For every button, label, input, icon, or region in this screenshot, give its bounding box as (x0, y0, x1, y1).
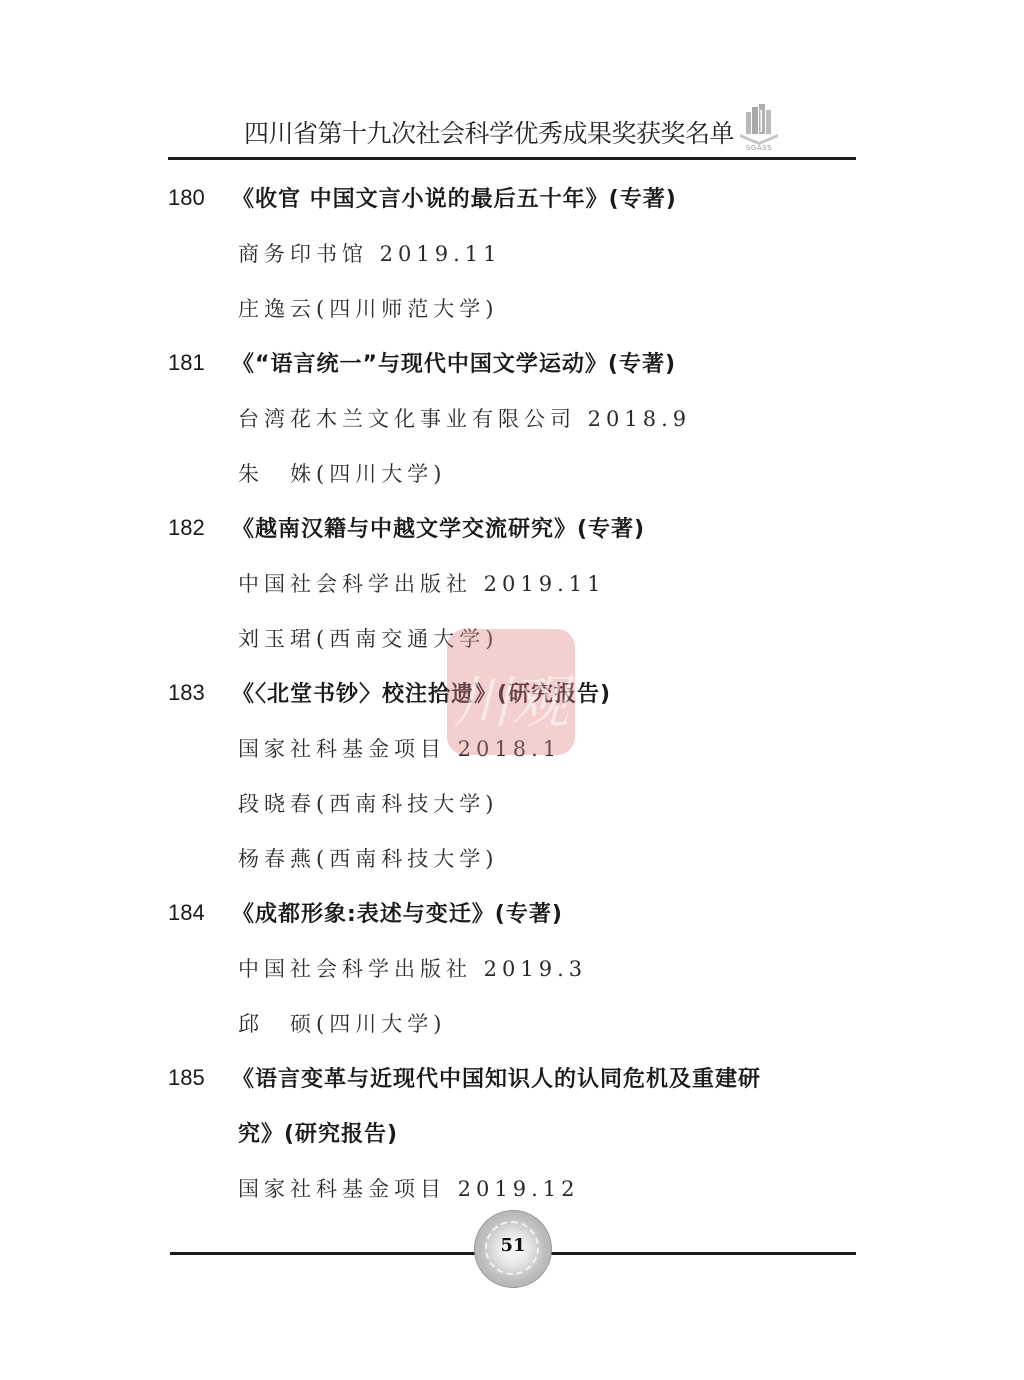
footer-divider-left (170, 1252, 475, 1255)
watermark-text: 川观 (447, 655, 575, 739)
building-logo-icon: SGASS (734, 104, 784, 154)
entry-number: 181 (168, 350, 205, 376)
entry-author: 段晓春(西南科技大学) (238, 788, 498, 818)
award-entry: 184 《成都形象:表述与变迁》(专著) 中国社会科学出版社 2019.3 邱 … (168, 885, 868, 1050)
entry-author: 杨春燕(西南科技大学) (238, 843, 498, 873)
watermark-badge: 川观 (447, 629, 575, 755)
entry-author: 庄逸云(四川师范大学) (238, 293, 498, 323)
page-header: 四川省第十九次社会科学优秀成果奖获奖名单 SGASS (168, 100, 856, 162)
page-number: 51 (475, 1235, 551, 1256)
award-entry: 180 《收官 中国文言小说的最后五十年》(专著) 商务印书馆 2019.11 … (168, 170, 868, 335)
entry-number: 185 (168, 1065, 205, 1091)
entry-author: 朱 姝(四川大学) (238, 458, 446, 488)
entry-title: 《收官 中国文言小说的最后五十年》(专著) (232, 182, 677, 213)
award-entry: 185 《语言变革与近现代中国知识人的认同危机及重建研 究》(研究报告) 国家社… (168, 1050, 868, 1215)
award-entry: 181 《“语言统一”与现代中国文学运动》(专著) 台湾花木兰文化事业有限公司 … (168, 335, 868, 500)
header-divider (168, 157, 856, 160)
logo-text: SGASS (734, 144, 784, 152)
entry-title-line1: 《语言变革与近现代中国知识人的认同危机及重建研 (232, 1062, 761, 1093)
entry-number: 182 (168, 515, 205, 541)
entry-number: 180 (168, 185, 205, 211)
entry-publisher: 国家社科基金项目 2019.12 (238, 1173, 580, 1203)
entry-title-line2: 究》(研究报告) (238, 1117, 398, 1148)
entry-publisher: 中国社会科学出版社 2019.3 (238, 953, 587, 983)
entry-author: 邱 硕(四川大学) (238, 1008, 446, 1038)
page-number-badge: 51 (474, 1210, 552, 1288)
entry-title: 《越南汉籍与中越文学交流研究》(专著) (232, 512, 645, 543)
entry-title: 《“语言统一”与现代中国文学运动》(专著) (232, 347, 676, 378)
entry-number: 183 (168, 680, 205, 706)
entry-publisher: 中国社会科学出版社 2019.11 (238, 568, 606, 598)
entry-publisher: 台湾花木兰文化事业有限公司 2018.9 (238, 403, 691, 433)
entry-publisher: 商务印书馆 2019.11 (238, 238, 502, 268)
footer-divider-right (548, 1252, 856, 1255)
entry-number: 184 (168, 900, 205, 926)
page-title: 四川省第十九次社会科学优秀成果奖获奖名单 (244, 114, 734, 150)
entry-title: 《成都形象:表述与变迁》(专著) (232, 897, 563, 928)
